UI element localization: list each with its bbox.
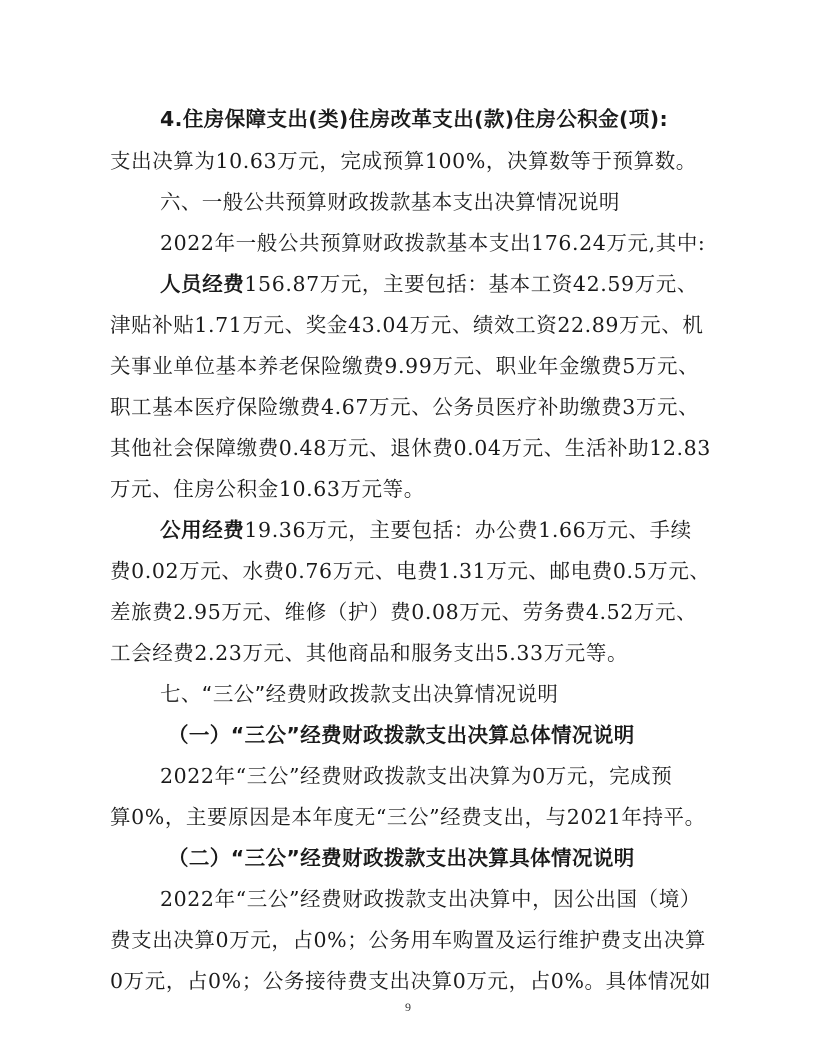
public-line-3: 工会经费2.23万元、其他商品和服务支出5.33万元等。 [110,638,710,668]
public-line-2: 差旅费2.95万元、维修（护）费0.08万元、劳务费4.52万元、 [110,597,710,627]
section7-heading: 七、“三公”经费财政拨款支出决算情况说明 [160,679,710,709]
personnel-line-1: 津贴补贴1.71万元、奖金43.04万元、绩效工资22.89万元、机 [110,310,710,340]
document-page: 4.住房保障支出(类)住房改革支出(款)住房公积金(项): 支出决算为10.63… [0,0,815,1055]
section6-intro: 2022年一般公共预算财政拨款基本支出176.24万元,其中: [160,228,710,258]
page-number: 9 [400,1000,416,1015]
public-line-0: 公用经费19.36万元，主要包括：办公费1.66万元、手续 [160,515,710,545]
sub1-line-0: 2022年“三公”经费财政拨款支出决算为0万元，完成预 [160,761,710,791]
sub2-line-0: 2022年“三公”经费财政拨款支出决算中，因公出国（境） [160,884,710,914]
sub1-line-1: 算0%，主要原因是本年度无“三公”经费支出，与2021年持平。 [110,802,710,832]
personnel-line-5: 万元、住房公积金10.63万元等。 [110,474,710,504]
personnel-label: 人员经费 [160,272,244,296]
item4-body: 支出决算为10.63万元，完成预算100%，决算数等于预算数。 [110,146,710,176]
public-line-1: 费0.02万元、水费0.76万元、电费1.31万元、邮电费0.5万元、 [110,556,710,586]
personnel-line-3: 职工基本医疗保险缴费4.67万元、公务员医疗补助缴费3万元、 [110,392,710,422]
public-label: 公用经费 [160,518,244,542]
personnel-line-2: 关事业单位基本养老保险缴费9.99万元、职业年金缴费5万元、 [110,351,710,381]
personnel-line-0: 人员经费156.87万元，主要包括：基本工资42.59万元、 [160,269,710,299]
personnel-line-4: 其他社会保障缴费0.48万元、退休费0.04万元、生活补助12.83 [110,433,710,463]
section7-sub1-heading: （一）“三公”经费财政拨款支出决算总体情况说明 [168,720,768,750]
section6-heading: 六、一般公共预算财政拨款基本支出决算情况说明 [160,187,710,217]
section7-sub2-heading: （二）“三公”经费财政拨款支出决算具体情况说明 [168,843,768,873]
item4-heading: 4.住房保障支出(类)住房改革支出(款)住房公积金(项): [160,104,710,134]
sub2-line-1: 费支出决算0万元，占0%；公务用车购置及运行维护费支出决算 [110,925,710,955]
sub2-line-2: 0万元，占0%；公务接待费支出决算0万元，占0%。具体情况如 [110,966,710,996]
